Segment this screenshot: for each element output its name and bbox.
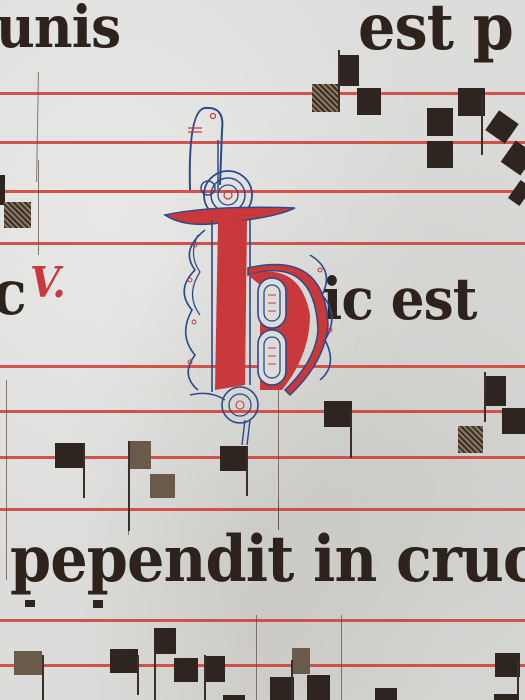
- ruling-line: [341, 615, 342, 700]
- text-line-3: pependit in cruc: [10, 528, 525, 592]
- neume-stem: [246, 446, 248, 496]
- neume-stem: [128, 441, 130, 531]
- neume-stem: [137, 655, 139, 695]
- neume-stem: [291, 660, 293, 700]
- neume: [494, 694, 518, 700]
- neume-stem: [481, 95, 483, 155]
- neume-stem: [83, 443, 85, 498]
- neume: [0, 175, 5, 205]
- neume: [324, 401, 352, 427]
- neume: [128, 441, 151, 469]
- staff-line: [0, 619, 525, 622]
- neume: [501, 140, 525, 175]
- neume: [93, 600, 103, 608]
- neume: [110, 649, 138, 673]
- neume: [307, 675, 330, 700]
- manuscript-page: unis est p c V. ic est: [0, 0, 525, 700]
- neume-stem: [350, 410, 352, 458]
- neume: [338, 55, 359, 86]
- neume-stem: [484, 372, 486, 422]
- neume: [55, 443, 83, 468]
- staff-line: [0, 92, 525, 95]
- staff-line: [0, 664, 525, 667]
- text-line-1-left: unis: [0, 0, 120, 56]
- neume: [485, 110, 518, 143]
- neume: [292, 648, 310, 674]
- neume: [427, 108, 453, 136]
- staff-line: [0, 508, 525, 511]
- text-line-2-left: c: [0, 262, 26, 324]
- neume: [25, 600, 35, 607]
- neume: [375, 688, 397, 700]
- neume: [357, 88, 381, 115]
- rubric-versicle: V.: [30, 262, 65, 304]
- neume: [205, 656, 225, 682]
- neume-stem: [204, 655, 206, 700]
- ruling-line: [256, 615, 257, 700]
- neume: [486, 376, 506, 406]
- neume: [174, 658, 198, 682]
- illuminated-initial-h: [150, 100, 350, 450]
- neume: [4, 202, 31, 228]
- neume: [508, 180, 525, 206]
- neume: [458, 426, 483, 453]
- neume: [223, 695, 245, 700]
- ruling-line: [38, 160, 39, 255]
- ruling-line: [6, 380, 7, 580]
- neume: [150, 474, 175, 498]
- neume-stem: [42, 655, 44, 700]
- neume-stem: [154, 650, 156, 700]
- neume: [220, 446, 248, 471]
- text-line-1-right: est p: [358, 0, 513, 60]
- neume: [14, 651, 42, 675]
- neume: [502, 408, 525, 434]
- neume: [427, 141, 453, 168]
- neume: [154, 628, 176, 654]
